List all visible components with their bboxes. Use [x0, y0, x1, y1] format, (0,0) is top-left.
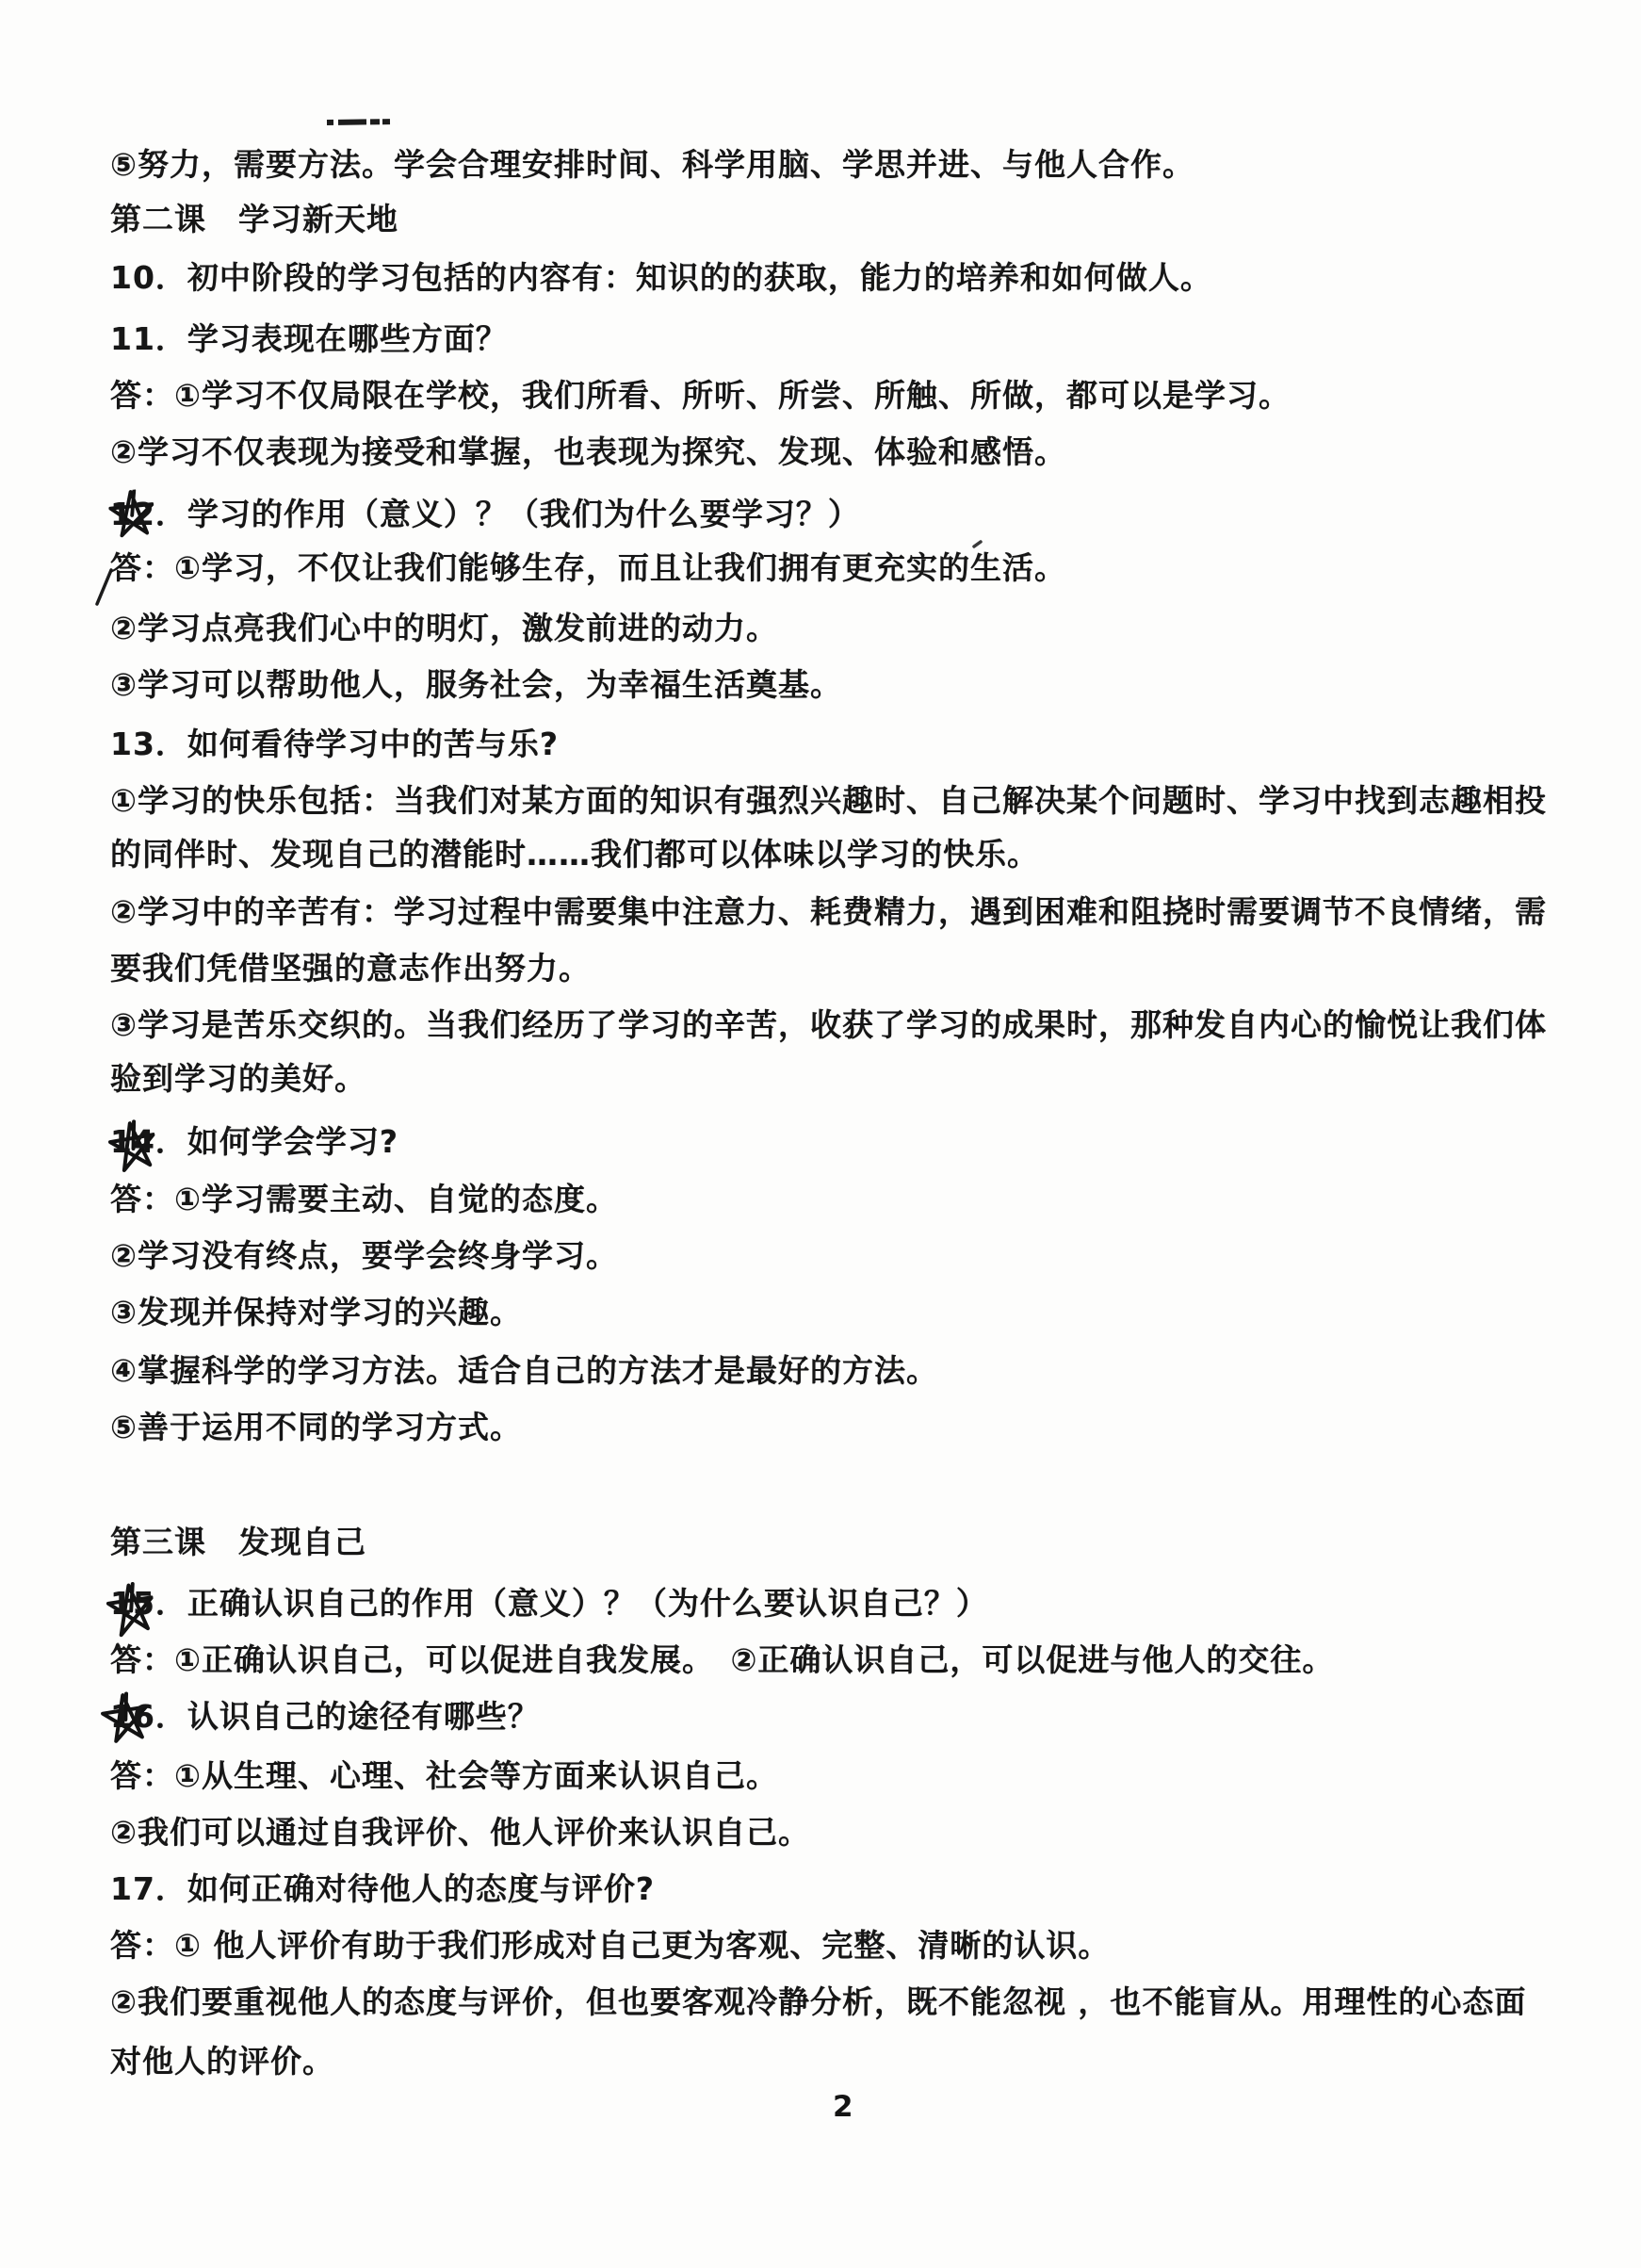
question-15: 15．正确认识自己的作用（意义）？（为什么要认识自己？）	[110, 1575, 988, 1632]
answer-17-2a: ②我们要重视他人的态度与评价，但也要客观冷静分析，既不能忽视 ，也不能盲从。用理…	[110, 1974, 1526, 2031]
answer-11-2: ②学习不仅表现为接受和掌握，也表现为探究、发现、体验和感悟。	[110, 424, 1066, 481]
answer-14-2: ②学习没有终点，要学会终身学习。	[110, 1228, 618, 1284]
answer-16-1: 答：①从生理、心理、社会等方面来认识自己。	[110, 1748, 778, 1804]
answer-13-2a: ②学习中的辛苦有：学习过程中需要集中注意力、耗费精力，遇到困难和阻挠时需要调节不…	[110, 884, 1547, 940]
answer-14-3: ③发现并保持对学习的兴趣。	[110, 1284, 522, 1341]
question-17: 17．如何正确对待他人的态度与评价?	[110, 1861, 655, 1917]
scanned-document-page: ⑤努力，需要方法。学会合理安排时间、科学用脑、学思并进、与他人合作。 第二课 学…	[0, 0, 1641, 2268]
answer-13-3b: 验到学习的美好。	[110, 1051, 366, 1107]
question-11: 11．学习表现在哪些方面？	[110, 311, 508, 367]
answer-16-2: ②我们可以通过自我评价、他人评价来认识自己。	[110, 1804, 810, 1861]
answer-11-1: 答：①学习不仅局限在学校，我们所看、所听、所尝、所触、所做，都可以是学习。	[110, 367, 1291, 424]
question-16: 16．认识自己的途径有哪些？	[110, 1689, 540, 1745]
answer-14-5: ⑤善于运用不同的学习方式。	[110, 1399, 522, 1456]
answer-13-1b: 的同伴时、发现自己的潜能时……我们都可以体味以学习的快乐。	[110, 826, 1039, 883]
answer-12-3: ③学习可以帮助他人，服务社会，为幸福生活奠基。	[110, 657, 842, 713]
page-number: 2	[833, 2090, 853, 2124]
question-14: 14．如何学会学习?	[110, 1114, 398, 1170]
answer-17-1: 答：① 他人评价有助于我们形成对自己更为客观、完整、清晰的认识。	[110, 1917, 1110, 1974]
question-13: 13．如何看待学习中的苦与乐?	[110, 716, 559, 773]
answer-14-1: 答：①学习需要主动、自觉的态度。	[110, 1171, 618, 1228]
answer-14-4: ④掌握科学的学习方法。适合自己的方法才是最好的方法。	[110, 1343, 938, 1399]
line-point5-continuation: ⑤努力，需要方法。学会合理安排时间、科学用脑、学思并进、与他人合作。	[110, 137, 1194, 193]
answer-13-2b: 要我们凭借坚强的意志作出努力。	[110, 940, 591, 997]
question-12: 12．学习的作用（意义）？（我们为什么要学习？）	[110, 486, 860, 543]
answer-12-1: 答：①学习，不仅让我们能够生存，而且让我们拥有更充实的生活。	[110, 540, 1066, 596]
answer-17-2b: 对他人的评价。	[110, 2033, 334, 2090]
heading-lesson-3: 第三课 发现自己	[110, 1514, 366, 1571]
answer-15: 答：①正确认识自己，可以促进自我发展。 ②正确认识自己，可以促进与他人的交往。	[110, 1632, 1334, 1689]
answer-13-1a: ①学习的快乐包括：当我们对某方面的知识有强烈兴趣时、自己解决某个问题时、学习中找…	[110, 773, 1547, 829]
pen-dash-mark	[326, 113, 398, 131]
answer-13-3a: ③学习是苦乐交织的。当我们经历了学习的辛苦，收获了学习的成果时，那种发自内心的愉…	[110, 997, 1547, 1053]
heading-lesson-2: 第二课 学习新天地	[110, 191, 398, 248]
question-10: 10．初中阶段的学习包括的内容有：知识的的获取，能力的培养和如何做人。	[110, 250, 1212, 306]
answer-12-2: ②学习点亮我们心中的明灯，激发前进的动力。	[110, 600, 778, 657]
